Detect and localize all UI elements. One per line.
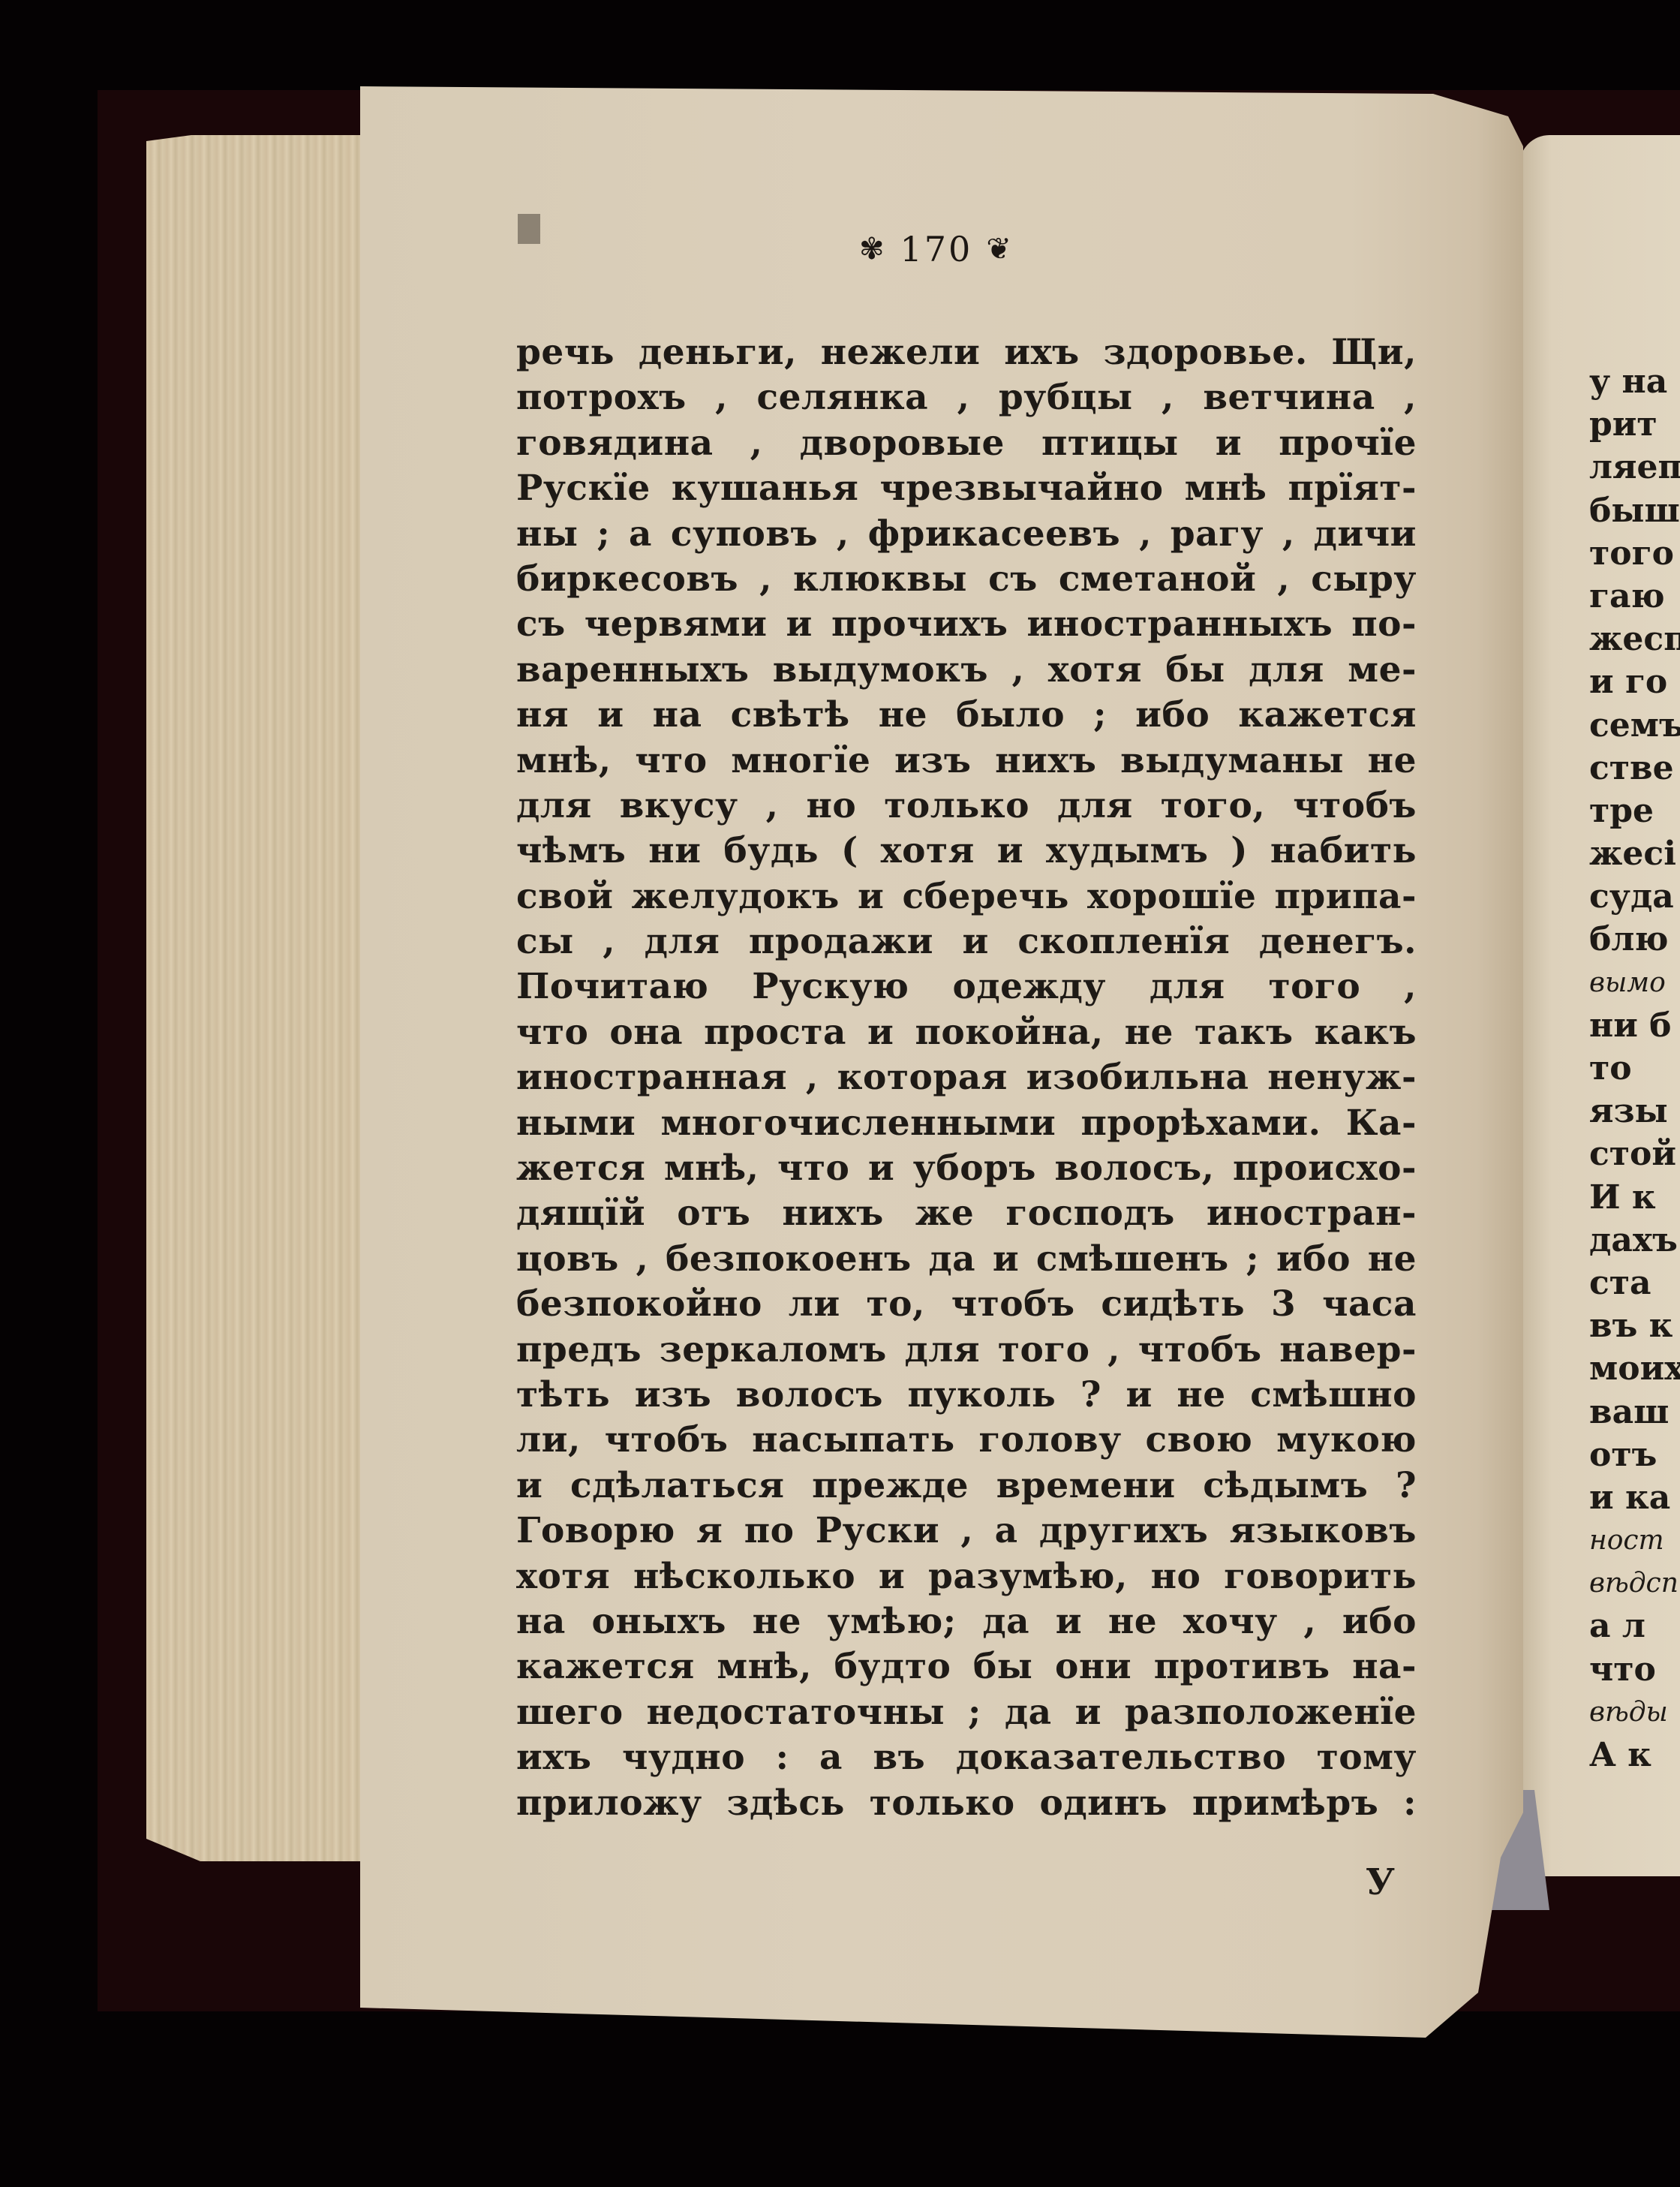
text-line-fragment: семъ — [1589, 704, 1680, 747]
text-line: чѣмъ ни будь ( хотя и худымъ ) набить — [516, 829, 1417, 874]
page-header: ✾ 170 ❦ — [859, 229, 1014, 269]
text-line: иностранная , которая изобильна ненуж- — [516, 1055, 1417, 1100]
text-line-fragment: ност — [1589, 1519, 1680, 1562]
text-line: речь деньги, нежели ихъ здоровье. Щи, — [516, 330, 1417, 375]
text-line: ихъ чудно : а въ доказательство тому — [516, 1735, 1417, 1780]
text-line-fragment: вымо — [1589, 961, 1680, 1004]
text-line-fragment: вѣдсп — [1589, 1562, 1680, 1605]
text-line: для вкусу , но только для того, чтобъ — [516, 784, 1417, 829]
text-line-fragment: блю — [1589, 918, 1680, 961]
text-line: и сдѣлаться прежде времени сѣдымъ ? — [516, 1464, 1417, 1509]
text-line-fragment: дахъ — [1589, 1219, 1680, 1262]
text-line: дящїй отъ нихъ же господъ иностран- — [516, 1191, 1417, 1236]
text-line: варенныхъ выдумокъ , хотя бы для ме- — [516, 648, 1417, 693]
text-line-fragment: и го — [1589, 660, 1680, 703]
page-stack-edges — [146, 135, 360, 1861]
text-line: ня и на свѣтѣ не было ; ибо кажется — [516, 693, 1417, 738]
text-line-fragment: ста — [1589, 1262, 1680, 1304]
ornament-left-icon: ✾ — [859, 232, 887, 266]
text-line: сы , для продажи и скопленїя денегъ. — [516, 919, 1417, 964]
text-line-fragment: рит — [1589, 403, 1680, 446]
text-line: цовъ , безпокоенъ да и смѣшенъ ; ибо не — [516, 1237, 1417, 1282]
text-line-fragment: жесі — [1589, 832, 1680, 875]
text-line: тѣть изъ волосъ пуколь ? и не смѣшно — [516, 1373, 1417, 1418]
text-line-fragment: стой — [1589, 1133, 1680, 1175]
text-line-fragment: у на — [1589, 360, 1680, 403]
text-line-fragment: въ к — [1589, 1304, 1680, 1347]
text-line: ны ; а суповъ , фрикасеевъ , рагу , дичи — [516, 512, 1417, 557]
text-line: шего недостаточны ; да и разположенїе — [516, 1690, 1417, 1735]
text-line-fragment: а л — [1589, 1605, 1680, 1647]
text-line-fragment: жесп — [1589, 618, 1680, 660]
text-line-fragment: гаю — [1589, 575, 1680, 618]
text-line: говядина , дворовые птицы и прочїе — [516, 421, 1417, 466]
text-line: ными многочисленными прорѣхами. Ка- — [516, 1101, 1417, 1146]
text-line-fragment: А к — [1589, 1734, 1680, 1776]
text-line-fragment: ни б — [1589, 1004, 1680, 1047]
text-line: что она проста и покойна, не такъ какъ — [516, 1010, 1417, 1055]
text-line-fragment: отъ — [1589, 1433, 1680, 1476]
text-line-fragment: того — [1589, 532, 1680, 575]
text-line: кажется мнѣ, будто бы они противъ на- — [516, 1644, 1417, 1689]
text-line: Почитаю Рускую одежду для того , — [516, 964, 1417, 1009]
text-line: приложу здѣсь только одинъ примѣръ : — [516, 1781, 1417, 1826]
text-line: ли, чтобъ насыпать голову свою мукою — [516, 1418, 1417, 1463]
text-line-fragment: язы — [1589, 1090, 1680, 1133]
text-line: Говорю я по Руски , а другихъ языковъ — [516, 1509, 1417, 1554]
text-line: биркесовъ , клюквы съ сметаной , сыру — [516, 557, 1417, 602]
text-line-fragment: ваш — [1589, 1391, 1680, 1433]
text-line: съ червями и прочихъ иностранныхъ по- — [516, 602, 1417, 647]
catchword: У — [1366, 1861, 1395, 1903]
text-line-fragment: и ка — [1589, 1476, 1680, 1519]
text-line: на оныхъ не умѣю; да и не хочу , ибо — [516, 1599, 1417, 1644]
text-line: Рускїе кушанья чрезвычайно мнѣ прїят- — [516, 466, 1417, 511]
text-line-fragment: вѣды — [1589, 1691, 1680, 1734]
right-page-text-fragment: у наритляепбыштогогаюжеспи госемъстветре… — [1589, 360, 1680, 1776]
text-line: мнѣ, что многїе изъ нихъ выдуманы не — [516, 739, 1417, 784]
text-line-fragment: суда — [1589, 875, 1680, 918]
text-line: жется мнѣ, что и уборъ волосъ, происхо- — [516, 1146, 1417, 1191]
text-line-fragment: что — [1589, 1648, 1680, 1691]
ink-smudge — [518, 214, 540, 244]
text-line-fragment: то — [1589, 1047, 1680, 1090]
text-line: потрохъ , селянка , рубцы , ветчина , — [516, 375, 1417, 420]
text-line-fragment: тре — [1589, 790, 1680, 832]
text-line-fragment: моих — [1589, 1347, 1680, 1390]
text-line: безпокойно ли то, чтобъ сидѣть 3 часа — [516, 1282, 1417, 1327]
ornament-right-icon: ❦ — [986, 232, 1014, 266]
page-number: 170 — [900, 229, 973, 269]
text-line-fragment: И к — [1589, 1176, 1680, 1219]
text-line-fragment: быш — [1589, 489, 1680, 532]
text-line-fragment: ляеп — [1589, 446, 1680, 489]
text-line: хотя нѣсколько и разумѣю, но говорить — [516, 1554, 1417, 1599]
text-line: предъ зеркаломъ для того , чтобъ навер- — [516, 1328, 1417, 1373]
text-line-fragment: стве — [1589, 747, 1680, 790]
text-line: свой желудокъ и сберечь хорошїе припа- — [516, 874, 1417, 919]
left-page-text: речь деньги, нежели ихъ здоровье. Щи,пот… — [516, 330, 1417, 1826]
